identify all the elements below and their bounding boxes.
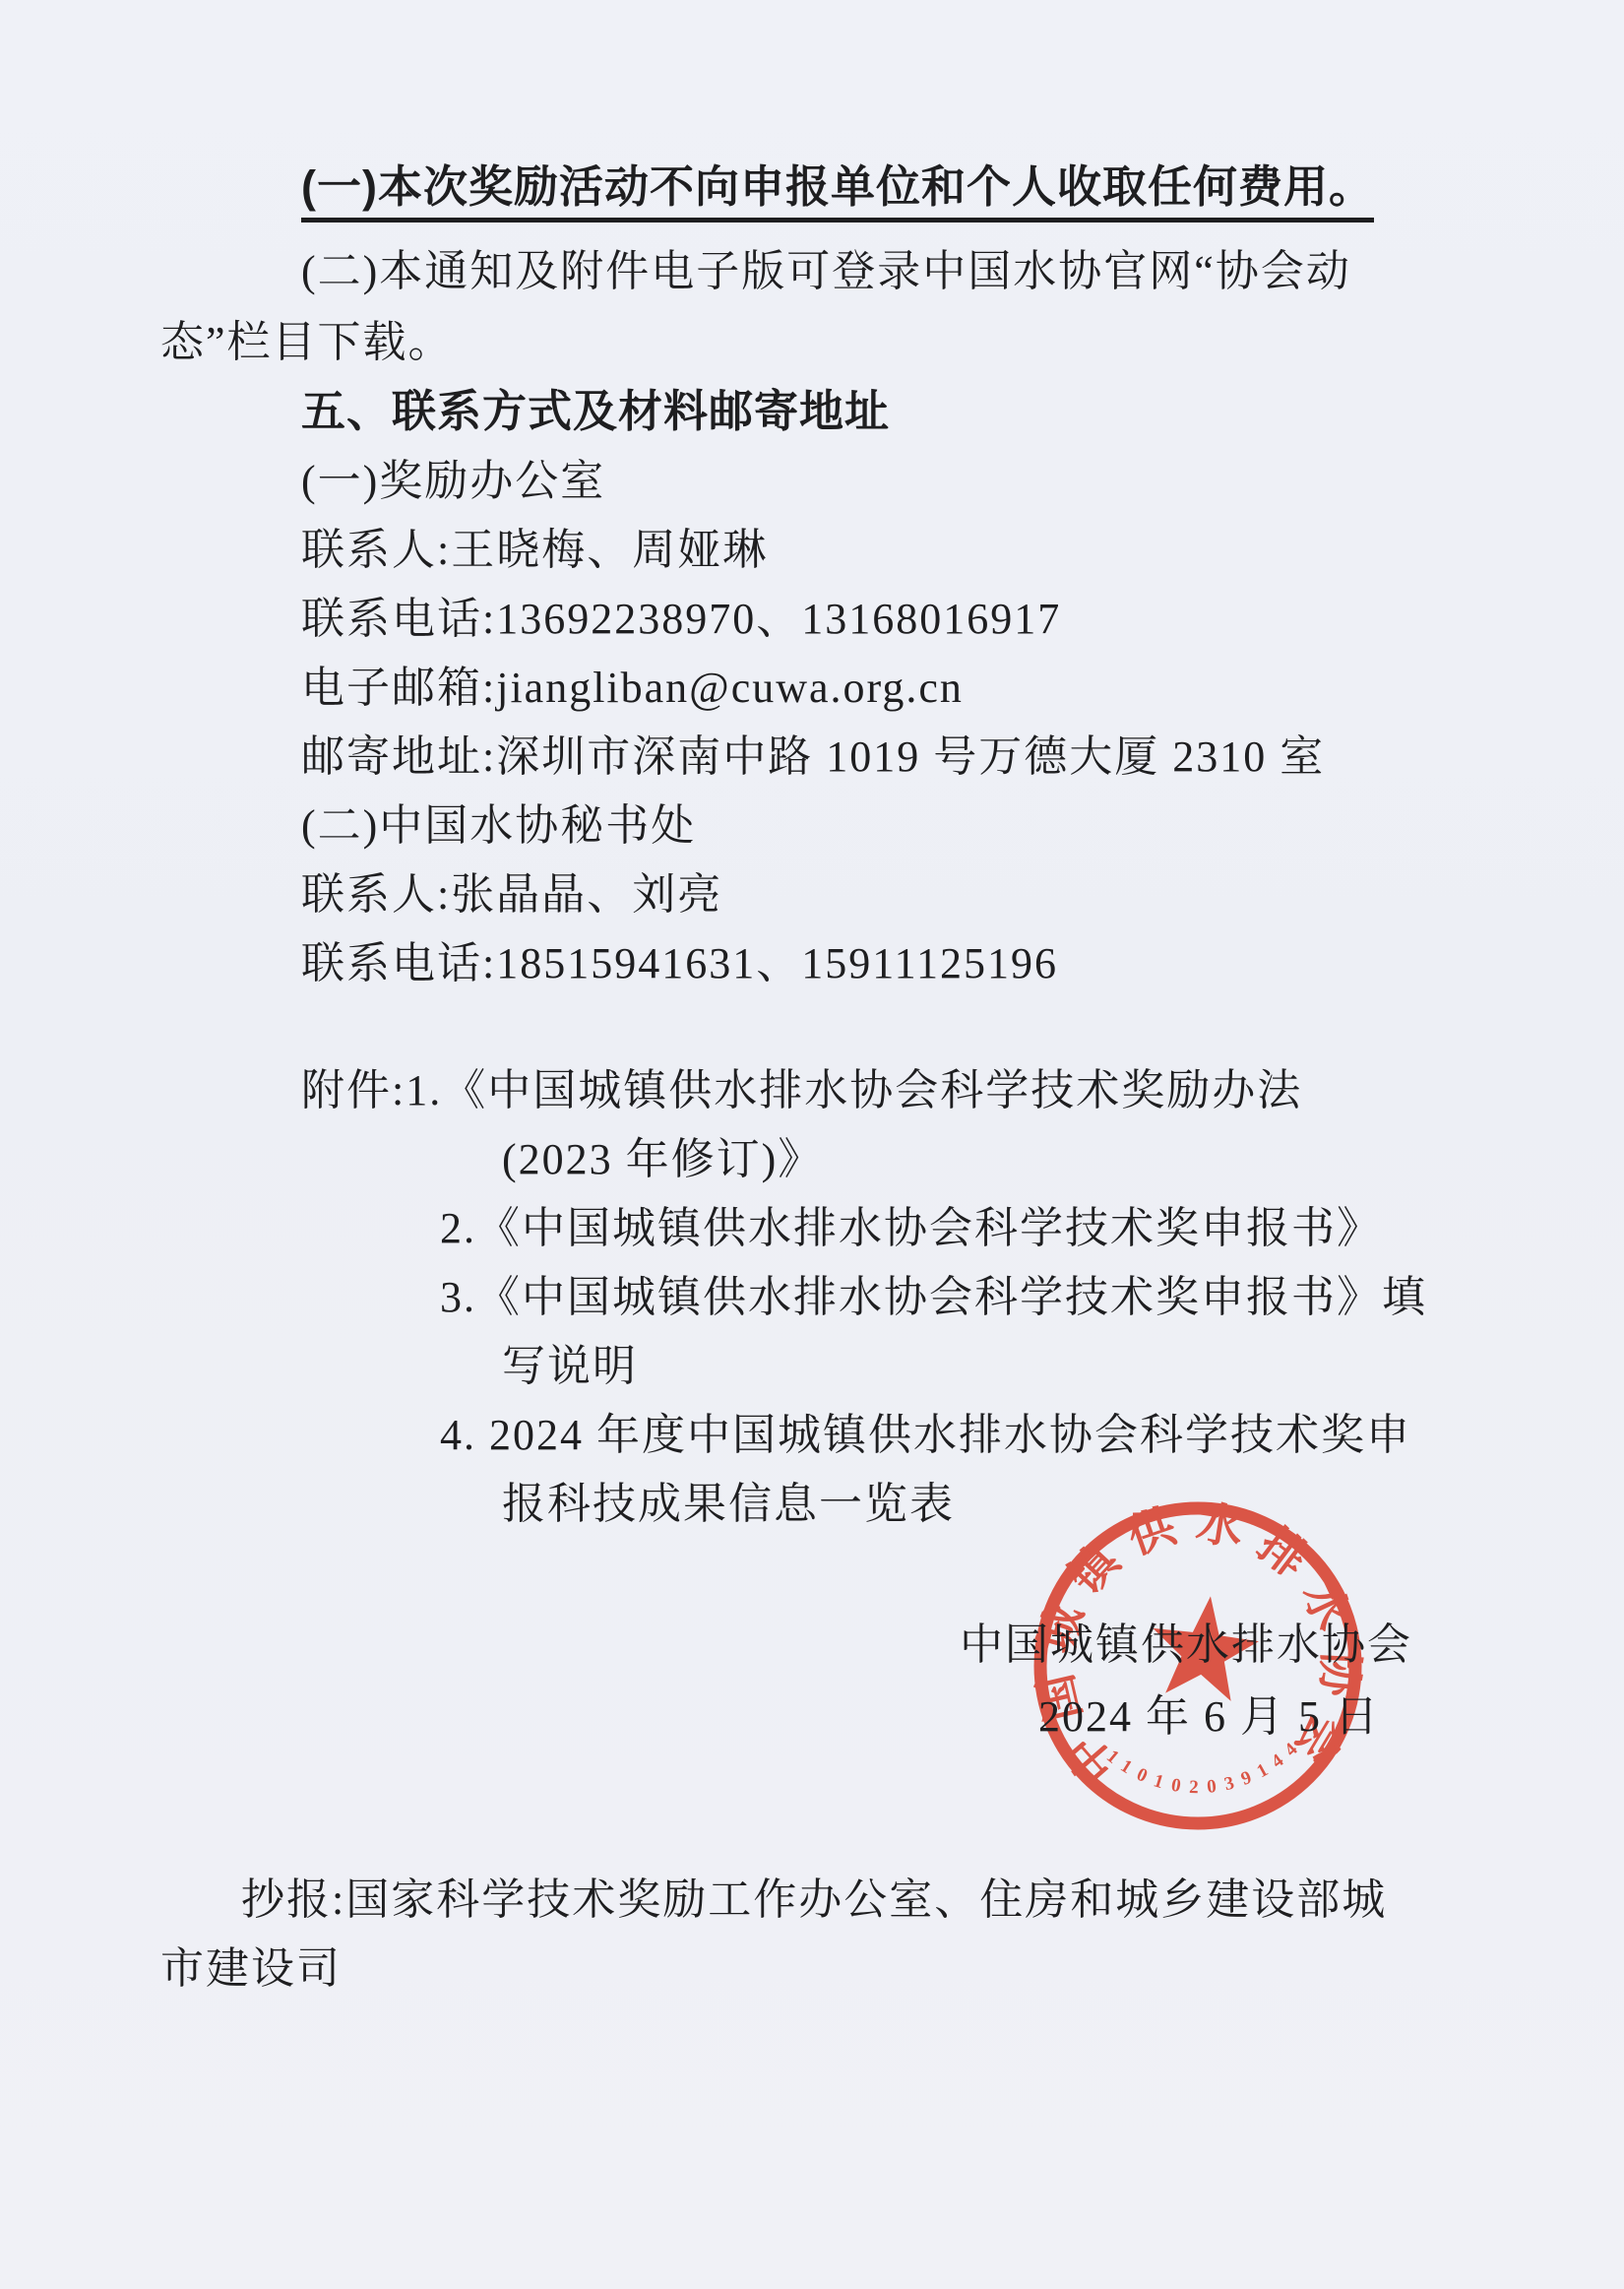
award-office-title: (一)奖励办公室 bbox=[301, 454, 605, 508]
scanned-notice-page: (一)本次奖励活动不向申报单位和个人收取任何费用。 (二)本通知及附件电子版可登… bbox=[0, 0, 1624, 2289]
attachment-4-line-1: 4. 2024 年度中国城镇供水排水协会科学技术奖申 bbox=[440, 1408, 1411, 1462]
signature-date: 2024 年 6 月 5 日 bbox=[1038, 1689, 1380, 1744]
cc-line-1: 抄报:国家科学技术奖励工作办公室、住房和城乡建设部城 bbox=[241, 1873, 1387, 1927]
award-office-phone: 联系电话:13692238970、13168016917 bbox=[301, 592, 1061, 646]
secretariat-phone: 联系电话:18515941631、15911125196 bbox=[301, 936, 1058, 990]
download-notice-line-2: 态”栏目下载。 bbox=[160, 315, 454, 369]
attachment-2: 2.《中国城镇供水排水协会科学技术奖申报书》 bbox=[440, 1201, 1382, 1255]
fee-notice-text: (一)本次奖励活动不向申报单位和个人收取任何费用。 bbox=[301, 161, 1374, 223]
award-office-address: 邮寄地址:深圳市深南中路 1019 号万德大厦 2310 室 bbox=[301, 730, 1325, 784]
download-notice-line-1: (二)本通知及附件电子版可登录中国水协官网“协会动 bbox=[301, 244, 1351, 298]
cc-line-2: 市建设司 bbox=[160, 1941, 342, 1996]
secretariat-title: (二)中国水协秘书处 bbox=[301, 798, 696, 853]
attachment-3-line-2: 写说明 bbox=[502, 1339, 638, 1393]
fee-notice-line: (一)本次奖励活动不向申报单位和个人收取任何费用。 bbox=[301, 159, 1374, 215]
award-office-contact: 联系人:王晓梅、周娅琳 bbox=[301, 523, 768, 577]
award-office-email: 电子邮箱:jiangliban@cuwa.org.cn bbox=[301, 661, 964, 715]
attachment-3-line-1: 3.《中国城镇供水排水协会科学技术奖申报书》填 bbox=[440, 1270, 1427, 1324]
section5-heading: 五、联系方式及材料邮寄地址 bbox=[301, 384, 890, 439]
secretariat-contact: 联系人:张晶晶、刘亮 bbox=[301, 867, 722, 922]
attachment-4-line-2: 报科技成果信息一览表 bbox=[502, 1477, 955, 1531]
attachment-1-line-1: 附件:1.《中国城镇供水排水协会科学技术奖励办法 bbox=[301, 1063, 1302, 1117]
signature-org: 中国城镇供水排水协会 bbox=[960, 1618, 1412, 1672]
attachment-1-line-2: (2023 年修订)》 bbox=[502, 1132, 823, 1186]
